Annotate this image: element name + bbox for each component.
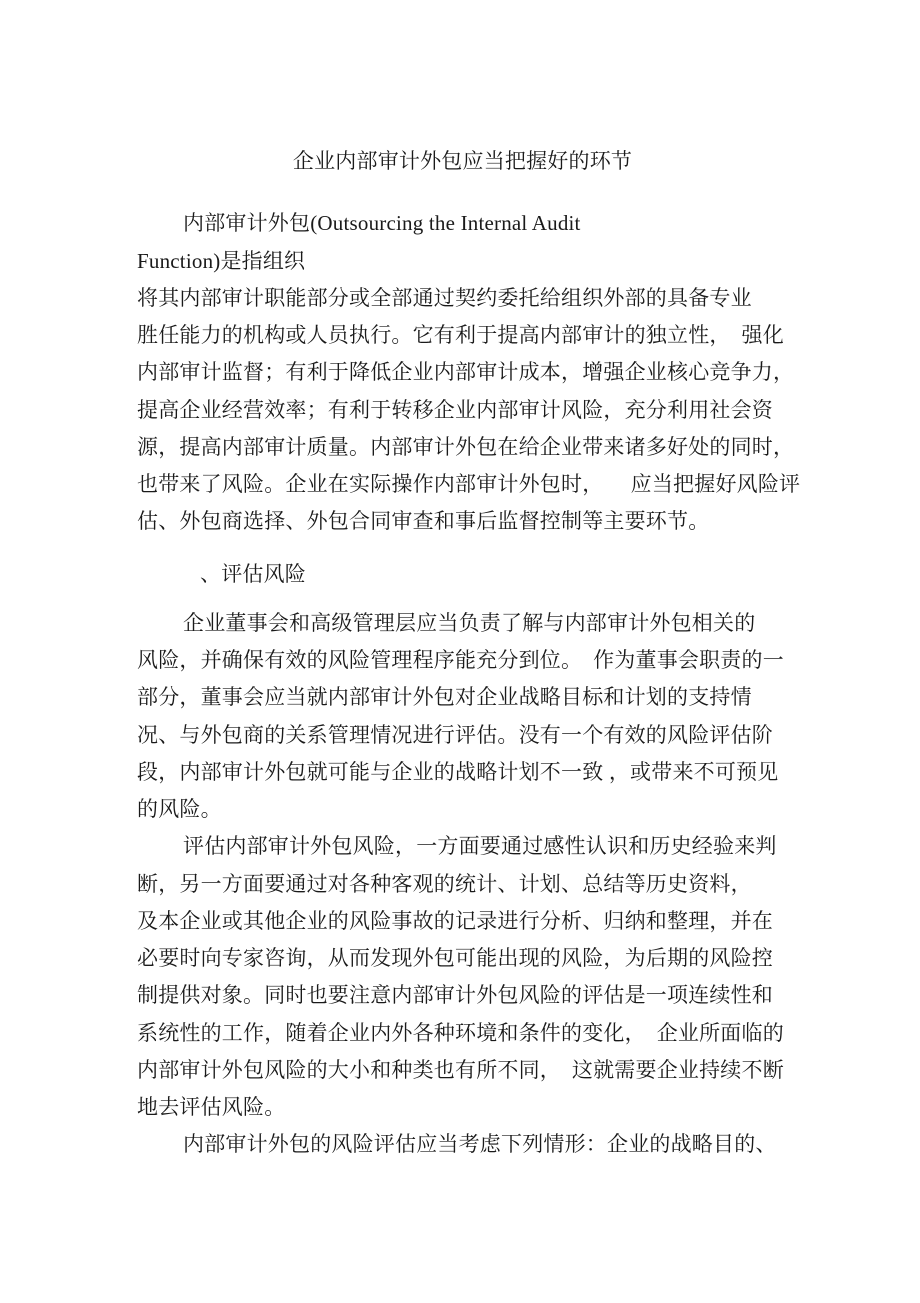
text-line: 胜任能力的机构或人员执行。它有利于提高内部审计的独立性， 强化 [137, 317, 788, 354]
text-line: 段，内部审计外包就可能与企业的战略计划不一致 ，或带来不可预见 [137, 754, 788, 791]
text-line: 的风险。 [137, 791, 788, 828]
text-line: 内部审计外包风险的大小和种类也有所不同， 这就需要企业持续不断 [137, 1052, 788, 1089]
text-line: 部分，董事会应当就内部审计外包对企业战略目标和计划的支持情 [137, 679, 788, 716]
text-line: 内部审计监督；有利于降低企业内部审计成本，增强企业核心竞争力， [137, 354, 788, 391]
text-line: 源，提高内部审计质量。内部审计外包在给企业带来诸多好处的同时， [137, 429, 788, 466]
document-page: 企业内部审计外包应当把握好的环节内部审计外包(Outsourcing the I… [0, 0, 920, 1303]
text-line: Function)是指组织 [137, 243, 788, 280]
text-line: 制提供对象。同时也要注意内部审计外包风险的评估是一项连续性和 [137, 977, 788, 1014]
document-title: 企业内部审计外包应当把握好的环节 [137, 143, 788, 180]
text-line: 评估内部审计外包风险，一方面要通过感性认识和历史经验来判 [137, 828, 788, 865]
document-body: 企业内部审计外包应当把握好的环节内部审计外包(Outsourcing the I… [137, 143, 788, 1164]
text-line: 估、外包商选择、外包合同审查和事后监督控制等主要环节。 [137, 503, 788, 540]
text-line: 况、与外包商的关系管理情况进行评估。没有一个有效的风险评估阶 [137, 717, 788, 754]
text-line: 断，另一方面要通过对各种客观的统计、计划、总结等历史资料， [137, 866, 788, 903]
section-heading: 、评估风险 [137, 556, 788, 593]
text-line: 风险，并确保有效的风险管理程序能充分到位。 作为董事会职责的一 [137, 642, 788, 679]
text-line: 也带来了风险。企业在实际操作内部审计外包时， 应当把握好风险评 [137, 466, 788, 503]
text-line: 提高企业经营效率；有利于转移企业内部审计风险，充分利用社会资 [137, 392, 788, 429]
text-line: 内部审计外包的风险评估应当考虑下列情形：企业的战略目的、 [137, 1126, 788, 1163]
text-line: 地去评估风险。 [137, 1089, 788, 1126]
text-line: 及本企业或其他企业的风险事故的记录进行分析、归纳和整理，并在 [137, 903, 788, 940]
text-line: 内部审计外包(Outsourcing the Internal Audit [137, 205, 788, 242]
text-line: 企业董事会和高级管理层应当负责了解与内部审计外包相关的 [137, 605, 788, 642]
text-line: 将其内部审计职能部分或全部通过契约委托给组织外部的具备专业 [137, 280, 788, 317]
text-line: 必要时向专家咨询，从而发现外包可能出现的风险，为后期的风险控 [137, 940, 788, 977]
text-line: 系统性的工作，随着企业内外各种环境和条件的变化， 企业所面临的 [137, 1015, 788, 1052]
